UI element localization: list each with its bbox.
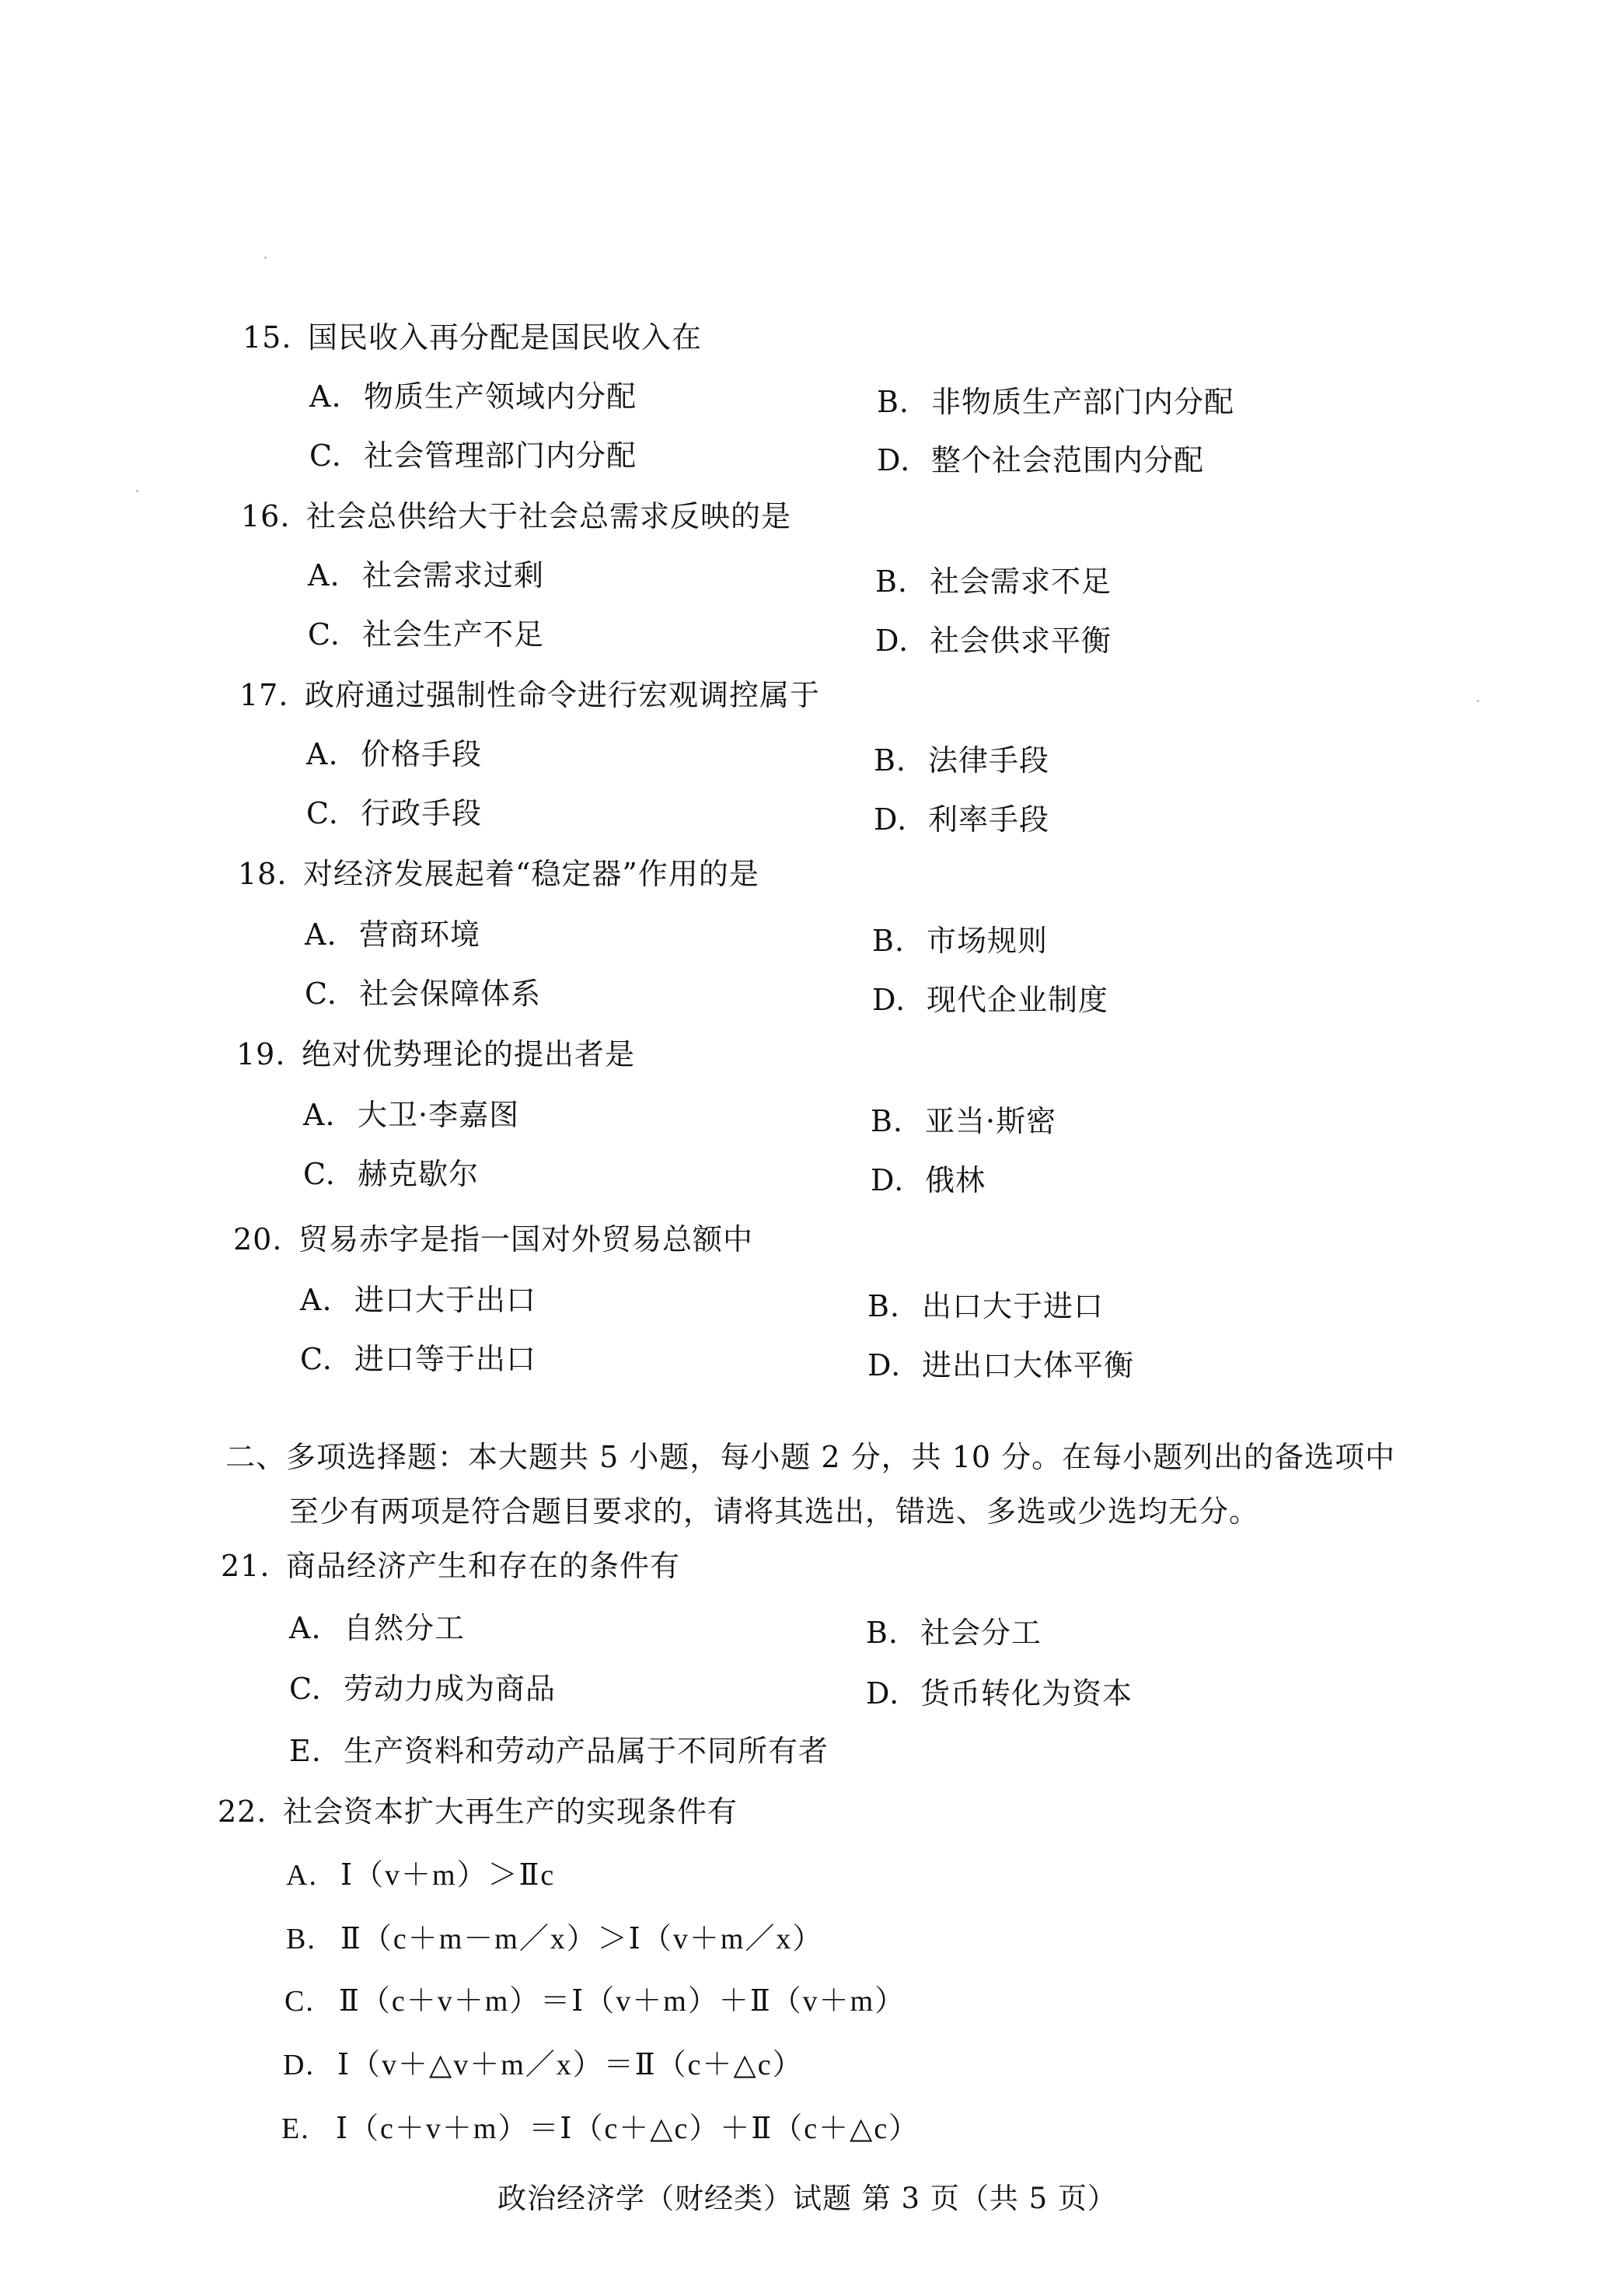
option-text: 社会需求过剩 bbox=[362, 558, 544, 592]
option-letter: C. bbox=[306, 795, 361, 832]
option-letter: C. bbox=[309, 437, 364, 474]
option-formula: Ⅱ（c＋v＋m）＝Ⅰ（v＋m）＋Ⅱ（v＋m） bbox=[339, 1985, 906, 2018]
option-letter: D. bbox=[875, 622, 930, 659]
option-19-a: A.大卫·李嘉图 bbox=[303, 1096, 519, 1134]
question-stem: 社会总供给大于社会总需求反映的是 bbox=[306, 499, 791, 533]
option-text: 社会供求平衡 bbox=[930, 624, 1112, 658]
question-stem: 商品经济产生和存在的条件有 bbox=[286, 1549, 680, 1583]
question-21: 21.商品经济产生和存在的条件有 bbox=[221, 1547, 680, 1585]
question-16: 16.社会总供给大于社会总需求反映的是 bbox=[241, 498, 791, 535]
option-21-a: A.自然分工 bbox=[289, 1609, 465, 1647]
option-letter: A. bbox=[286, 1857, 340, 1894]
option-letter: B. bbox=[874, 742, 928, 779]
option-19-d: D.俄林 bbox=[871, 1162, 986, 1199]
question-stem: 国民收入再分配是国民收入在 bbox=[308, 320, 702, 355]
question-22: 22.社会资本扩大再生产的实现条件有 bbox=[218, 1793, 738, 1830]
question-15: 15.国民收入再分配是国民收入在 bbox=[243, 319, 702, 356]
page-footer: 政治经济学（财经类）试题 第 3 页（共 5 页） bbox=[497, 2180, 1117, 2217]
option-18-d: D.现代企业制度 bbox=[872, 981, 1108, 1019]
question-stem: 社会资本扩大再生产的实现条件有 bbox=[283, 1795, 738, 1829]
option-19-b: B.亚当·斯密 bbox=[871, 1103, 1056, 1140]
option-22-a: A.Ⅰ（v＋m）＞Ⅱc bbox=[286, 1857, 555, 1894]
option-letter: A. bbox=[305, 916, 359, 953]
option-17-b: B.法律手段 bbox=[874, 742, 1049, 779]
question-number: 18. bbox=[238, 855, 303, 893]
option-text: 利率手段 bbox=[928, 802, 1049, 837]
option-18-a: A.营商环境 bbox=[305, 916, 480, 953]
option-text: 社会需求不足 bbox=[930, 564, 1112, 599]
scan-speck bbox=[136, 490, 138, 492]
option-text: 货币转化为资本 bbox=[920, 1676, 1133, 1711]
question-number: 19. bbox=[236, 1036, 302, 1073]
option-letter: E. bbox=[289, 1732, 344, 1770]
option-18-b: B.市场规则 bbox=[872, 922, 1048, 959]
option-text: 劳动力成为商品 bbox=[344, 1672, 556, 1706]
option-formula: Ⅰ（v＋△v＋m／x）＝Ⅱ（c＋△c） bbox=[337, 2049, 804, 2081]
exam-page: 15.国民收入再分配是国民收入在 A.物质生产领域内分配 B.非物质生产部门内分… bbox=[0, 0, 1616, 2296]
option-22-b: B.Ⅱ（c＋m－m／x）＞Ⅰ（v＋m／x） bbox=[286, 1920, 823, 1958]
option-text: 市场规则 bbox=[927, 924, 1048, 958]
option-text: 现代企业制度 bbox=[927, 983, 1108, 1017]
option-16-c: C.社会生产不足 bbox=[308, 616, 544, 653]
option-20-b: B.出口大于进口 bbox=[867, 1288, 1104, 1325]
option-text: 法律手段 bbox=[928, 743, 1049, 778]
option-letter: B. bbox=[872, 922, 927, 959]
option-text: 进口大于出口 bbox=[354, 1283, 536, 1317]
option-letter: D. bbox=[872, 981, 927, 1019]
option-letter: B. bbox=[286, 1920, 340, 1958]
option-16-b: B.社会需求不足 bbox=[875, 563, 1112, 600]
option-letter: B. bbox=[871, 1103, 925, 1140]
option-text: 社会保障体系 bbox=[359, 977, 541, 1011]
section-2-instructions-line-1: 二、多项选择题：本大题共 5 小题，每小题 2 分，共 10 分。在每小题列出的… bbox=[225, 1438, 1395, 1476]
option-15-a: A.物质生产领域内分配 bbox=[309, 378, 637, 415]
option-16-d: D.社会供求平衡 bbox=[875, 622, 1112, 659]
option-text: 进口等于出口 bbox=[354, 1342, 536, 1376]
option-text: 行政手段 bbox=[361, 796, 482, 830]
option-letter: B. bbox=[867, 1288, 922, 1325]
option-17-c: C.行政手段 bbox=[306, 795, 482, 832]
option-letter: D. bbox=[283, 2046, 337, 2084]
option-text: 赫克歇尔 bbox=[358, 1157, 479, 1191]
option-letter: A. bbox=[303, 1096, 358, 1134]
option-22-e: E.Ⅰ（c＋v＋m）＝Ⅰ（c＋△c）＋Ⅱ（c＋△c） bbox=[281, 2110, 920, 2147]
option-letter: C. bbox=[300, 1340, 354, 1378]
option-22-c: C.Ⅱ（c＋v＋m）＝Ⅰ（v＋m）＋Ⅱ（v＋m） bbox=[284, 1983, 906, 2020]
option-text: 自然分工 bbox=[344, 1611, 465, 1645]
option-text: 进出口大体平衡 bbox=[922, 1348, 1134, 1382]
question-number: 21. bbox=[221, 1547, 286, 1585]
option-letter: D. bbox=[871, 1162, 925, 1199]
option-letter: D. bbox=[877, 442, 931, 479]
question-18: 18.对经济发展起着“稳定器”作用的是 bbox=[238, 855, 759, 893]
option-22-d: D.Ⅰ（v＋△v＋m／x）＝Ⅱ（c＋△c） bbox=[283, 2046, 804, 2084]
option-letter: A. bbox=[300, 1281, 354, 1319]
section-2-instructions-line-2: 至少有两项是符合题目要求的，请将其选出，错选、多选或少选均无分。 bbox=[289, 1493, 1259, 1530]
option-letter: D. bbox=[874, 801, 928, 838]
option-text: 社会分工 bbox=[920, 1616, 1042, 1650]
option-letter: D. bbox=[866, 1675, 920, 1712]
option-20-d: D.进出口大体平衡 bbox=[867, 1347, 1134, 1384]
option-letter: A. bbox=[306, 736, 361, 773]
option-21-d: D.货币转化为资本 bbox=[866, 1675, 1133, 1712]
option-text: 生产资料和劳动产品属于不同所有者 bbox=[344, 1734, 829, 1768]
option-21-e: E.生产资料和劳动产品属于不同所有者 bbox=[289, 1732, 829, 1770]
option-letter: B. bbox=[877, 383, 931, 421]
question-number: 22. bbox=[218, 1793, 283, 1830]
option-text: 大卫·李嘉图 bbox=[358, 1098, 519, 1132]
option-text: 价格手段 bbox=[361, 737, 482, 771]
option-letter: A. bbox=[289, 1609, 344, 1647]
option-20-c: C.进口等于出口 bbox=[300, 1340, 536, 1378]
option-letter: C. bbox=[303, 1155, 358, 1193]
question-17: 17.政府通过强制性命令进行宏观调控属于 bbox=[239, 676, 820, 714]
question-stem: 绝对优势理论的提出者是 bbox=[302, 1037, 635, 1071]
option-text: 社会生产不足 bbox=[362, 617, 544, 652]
option-letter: A. bbox=[308, 557, 362, 594]
scan-speck bbox=[264, 257, 267, 259]
question-number: 16. bbox=[241, 498, 306, 535]
option-letter: C. bbox=[308, 616, 362, 653]
option-letter: C. bbox=[284, 1983, 339, 2020]
option-text: 物质生产领域内分配 bbox=[364, 379, 637, 414]
option-15-d: D.整个社会范围内分配 bbox=[877, 442, 1204, 479]
option-21-b: B.社会分工 bbox=[866, 1614, 1042, 1651]
question-number: 20. bbox=[233, 1221, 298, 1258]
option-text: 亚当·斯密 bbox=[925, 1104, 1056, 1138]
option-text: 整个社会范围内分配 bbox=[931, 443, 1204, 477]
option-21-c: C.劳动力成为商品 bbox=[289, 1670, 556, 1707]
question-19: 19.绝对优势理论的提出者是 bbox=[236, 1036, 635, 1073]
option-formula: Ⅰ（v＋m）＞Ⅱc bbox=[340, 1859, 555, 1892]
option-15-b: B.非物质生产部门内分配 bbox=[877, 383, 1234, 421]
option-formula: Ⅰ（c＋v＋m）＝Ⅰ（c＋△c）＋Ⅱ（c＋△c） bbox=[336, 2113, 920, 2145]
option-formula: Ⅱ（c＋m－m／x）＞Ⅰ（v＋m／x） bbox=[340, 1923, 823, 1955]
option-letter: C. bbox=[289, 1670, 344, 1707]
question-number: 15. bbox=[243, 319, 308, 356]
option-letter: E. bbox=[281, 2110, 336, 2147]
question-stem: 政府通过强制性命令进行宏观调控属于 bbox=[305, 678, 820, 712]
option-19-c: C.赫克歇尔 bbox=[303, 1155, 479, 1193]
option-20-a: A.进口大于出口 bbox=[300, 1281, 536, 1319]
option-17-a: A.价格手段 bbox=[306, 736, 482, 773]
option-16-a: A.社会需求过剩 bbox=[308, 557, 544, 594]
question-stem: 贸易赤字是指一国对外贸易总额中 bbox=[298, 1222, 753, 1256]
option-letter: A. bbox=[309, 378, 364, 415]
question-number: 17. bbox=[239, 676, 305, 714]
option-text: 营商环境 bbox=[359, 917, 480, 952]
option-text: 社会管理部门内分配 bbox=[364, 439, 637, 473]
question-stem: 对经济发展起着“稳定器”作用的是 bbox=[303, 857, 759, 891]
option-text: 非物质生产部门内分配 bbox=[931, 385, 1234, 419]
option-15-c: C.社会管理部门内分配 bbox=[309, 437, 637, 474]
option-letter: B. bbox=[866, 1614, 920, 1651]
option-17-d: D.利率手段 bbox=[874, 801, 1049, 838]
option-text: 俄林 bbox=[925, 1163, 986, 1197]
option-letter: D. bbox=[867, 1347, 922, 1384]
option-letter: B. bbox=[875, 563, 930, 600]
scan-speck bbox=[1477, 700, 1479, 702]
question-20: 20.贸易赤字是指一国对外贸易总额中 bbox=[233, 1221, 753, 1258]
option-letter: C. bbox=[305, 975, 359, 1012]
option-18-c: C.社会保障体系 bbox=[305, 975, 541, 1012]
option-text: 出口大于进口 bbox=[922, 1289, 1104, 1323]
